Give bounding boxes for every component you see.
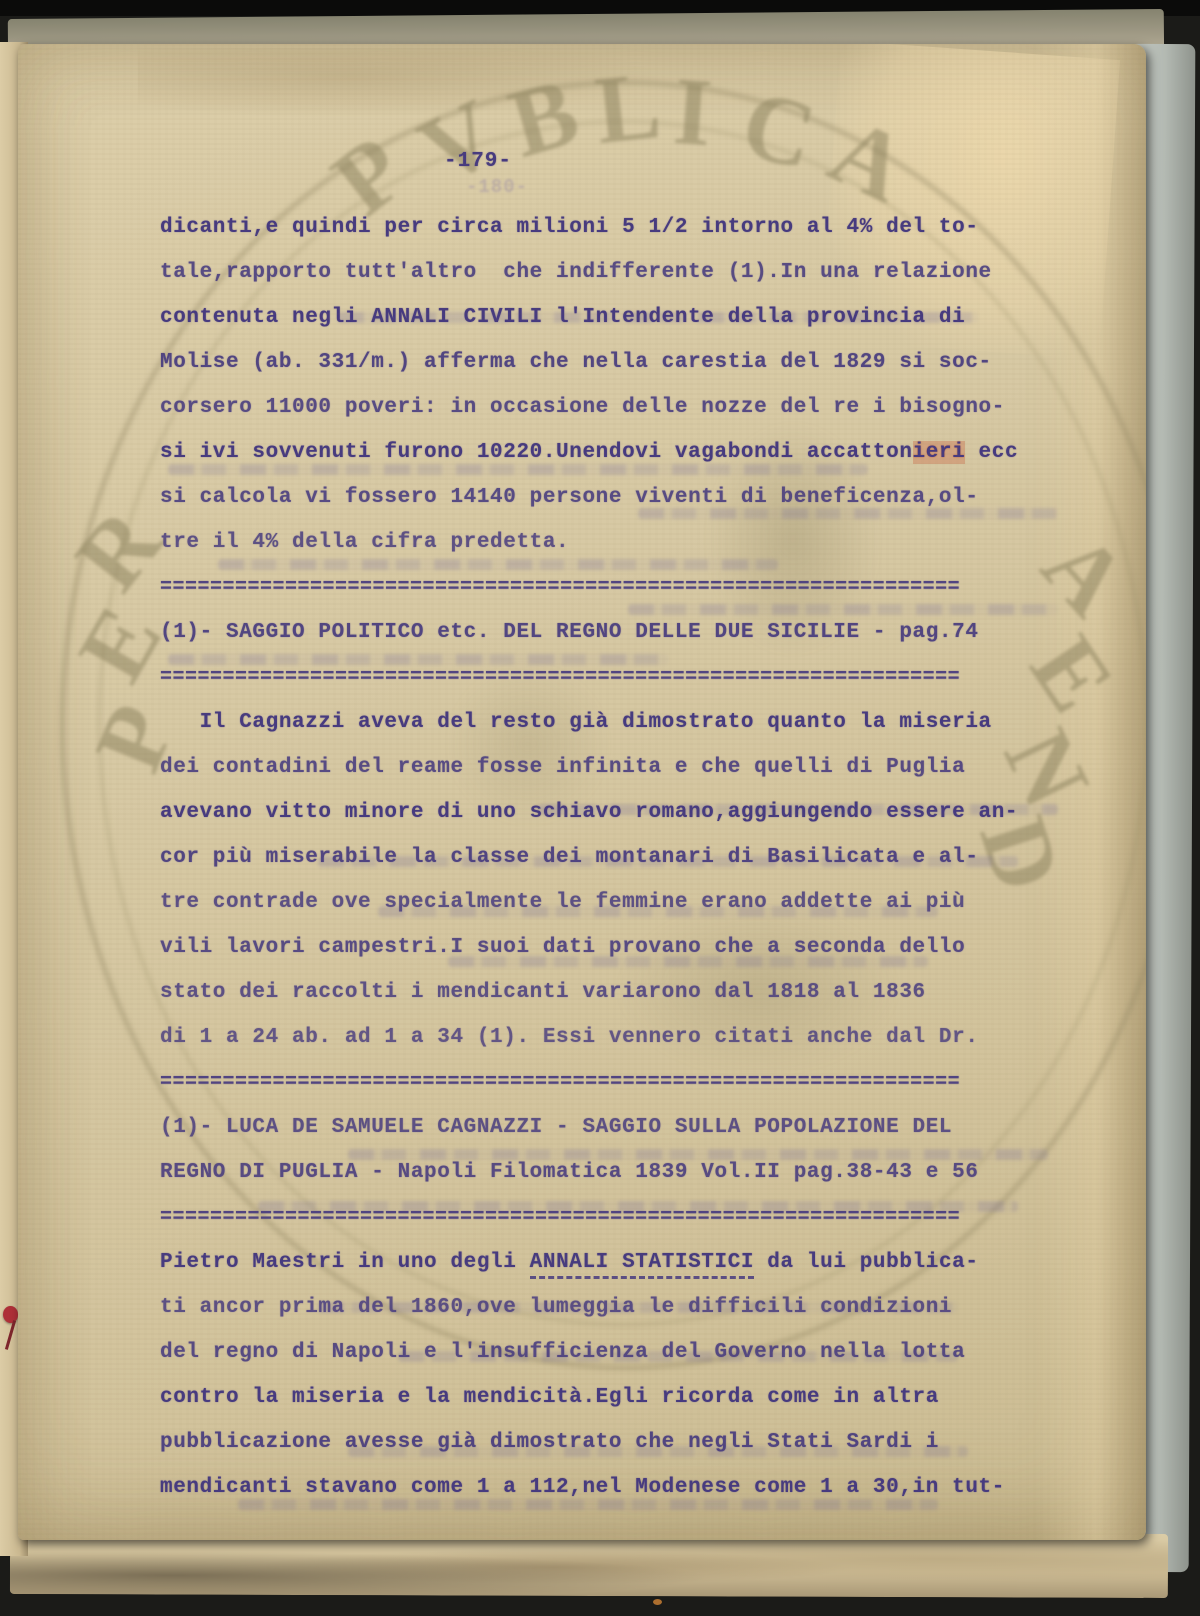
text-line: contenuta negli ANNALI CIVILI l'Intenden…: [160, 306, 1040, 351]
text-line: si ivi sovvenuti furono 10220.Unendovi v…: [160, 441, 1040, 486]
text-segment: Pietro Maestri in uno degli: [160, 1251, 530, 1274]
separator-line: ========================================…: [160, 666, 1040, 711]
ghost-page-number: -180-: [466, 176, 528, 198]
text-line: Pietro Maestri in uno degli ANNALI STATI…: [160, 1251, 1040, 1296]
text-segment: si ivi sovvenuti furono 10220.Unendovi v…: [160, 441, 913, 464]
page-number: -179-: [444, 150, 512, 173]
page-curl-shading: [1036, 44, 1146, 1540]
text-line: cor più miserabile la classe dei montana…: [160, 846, 1040, 891]
text-line: dei contadini del reame fosse infinita e…: [160, 756, 1040, 801]
text-line: pubblicazione avesse già dimostrato che …: [160, 1431, 1040, 1476]
text-line: dicanti,e quindi per circa milioni 5 1/2…: [160, 216, 1040, 261]
text-line: stato dei raccolti i mendicanti variaron…: [160, 981, 1040, 1026]
text-line: tre contrade ove specialmente le femmine…: [160, 891, 1040, 936]
stamp-arc-letter: C: [733, 75, 823, 185]
footnote-line: REGNO DI PUGLIA - Napoli Filomatica 1839…: [160, 1161, 1040, 1206]
separator-line: ========================================…: [160, 1206, 1040, 1251]
text-line: ti ancor prima del 1860,ove lumeggia le …: [160, 1296, 1040, 1341]
typewritten-text-block: dicanti,e quindi per circa milioni 5 1/2…: [160, 216, 1040, 1521]
text-line: tale,rapporto tutt'altro che indifferent…: [160, 261, 1040, 306]
text-line: si calcola vi fossero 14140 persone vive…: [160, 486, 1040, 531]
paper-stain: [138, 48, 658, 118]
text-line: tre il 4% della cifra predetta.: [160, 531, 1040, 576]
text-line: contro la miseria e la mendicità.Egli ri…: [160, 1386, 1040, 1431]
scanned-document-screenshot: { "doc": { "page_number": "-179-", "ghos…: [0, 0, 1200, 1616]
text-line: Il Cagnazzi aveva del resto già dimostra…: [160, 711, 1040, 756]
text-segment: da lui pubblica-: [754, 1251, 978, 1274]
underlined-title-segment: ANNALI STATISTICI: [530, 1251, 754, 1279]
text-line: vili lavori campestri.I suoi dati provan…: [160, 936, 1040, 981]
text-line: avevano vitto minore di uno schiavo roma…: [160, 801, 1040, 846]
text-line: mendicanti stavano come 1 a 112,nel Mode…: [160, 1476, 1040, 1521]
orange-speck: [653, 1599, 662, 1605]
text-line: corsero 11000 poveri: in occasione delle…: [160, 396, 1040, 441]
text-line: di 1 a 24 ab. ad 1 a 34 (1). Essi venner…: [160, 1026, 1040, 1071]
footnote-line: (1)- LUCA DE SAMUELE CAGNAZZI - SAGGIO S…: [160, 1116, 1040, 1161]
text-line: Molise (ab. 331/m.) afferma che nella ca…: [160, 351, 1040, 396]
stamp-arc-letter: I: [671, 63, 715, 161]
underlying-page-edge-bottom: [10, 1530, 1168, 1598]
separator-line: ========================================…: [160, 576, 1040, 621]
red-overtyped-segment: ieri: [913, 441, 966, 464]
document-page: P V B L I C A R E P A E N D -180- -179- …: [18, 44, 1146, 1540]
separator-line: ========================================…: [160, 1071, 1040, 1116]
footnote-line: (1)- SAGGIO POLITICO etc. DEL REGNO DELL…: [160, 621, 1040, 666]
text-line: del regno di Napoli e l'insufficienza de…: [160, 1341, 1040, 1386]
text-segment: ecc: [965, 441, 1018, 464]
